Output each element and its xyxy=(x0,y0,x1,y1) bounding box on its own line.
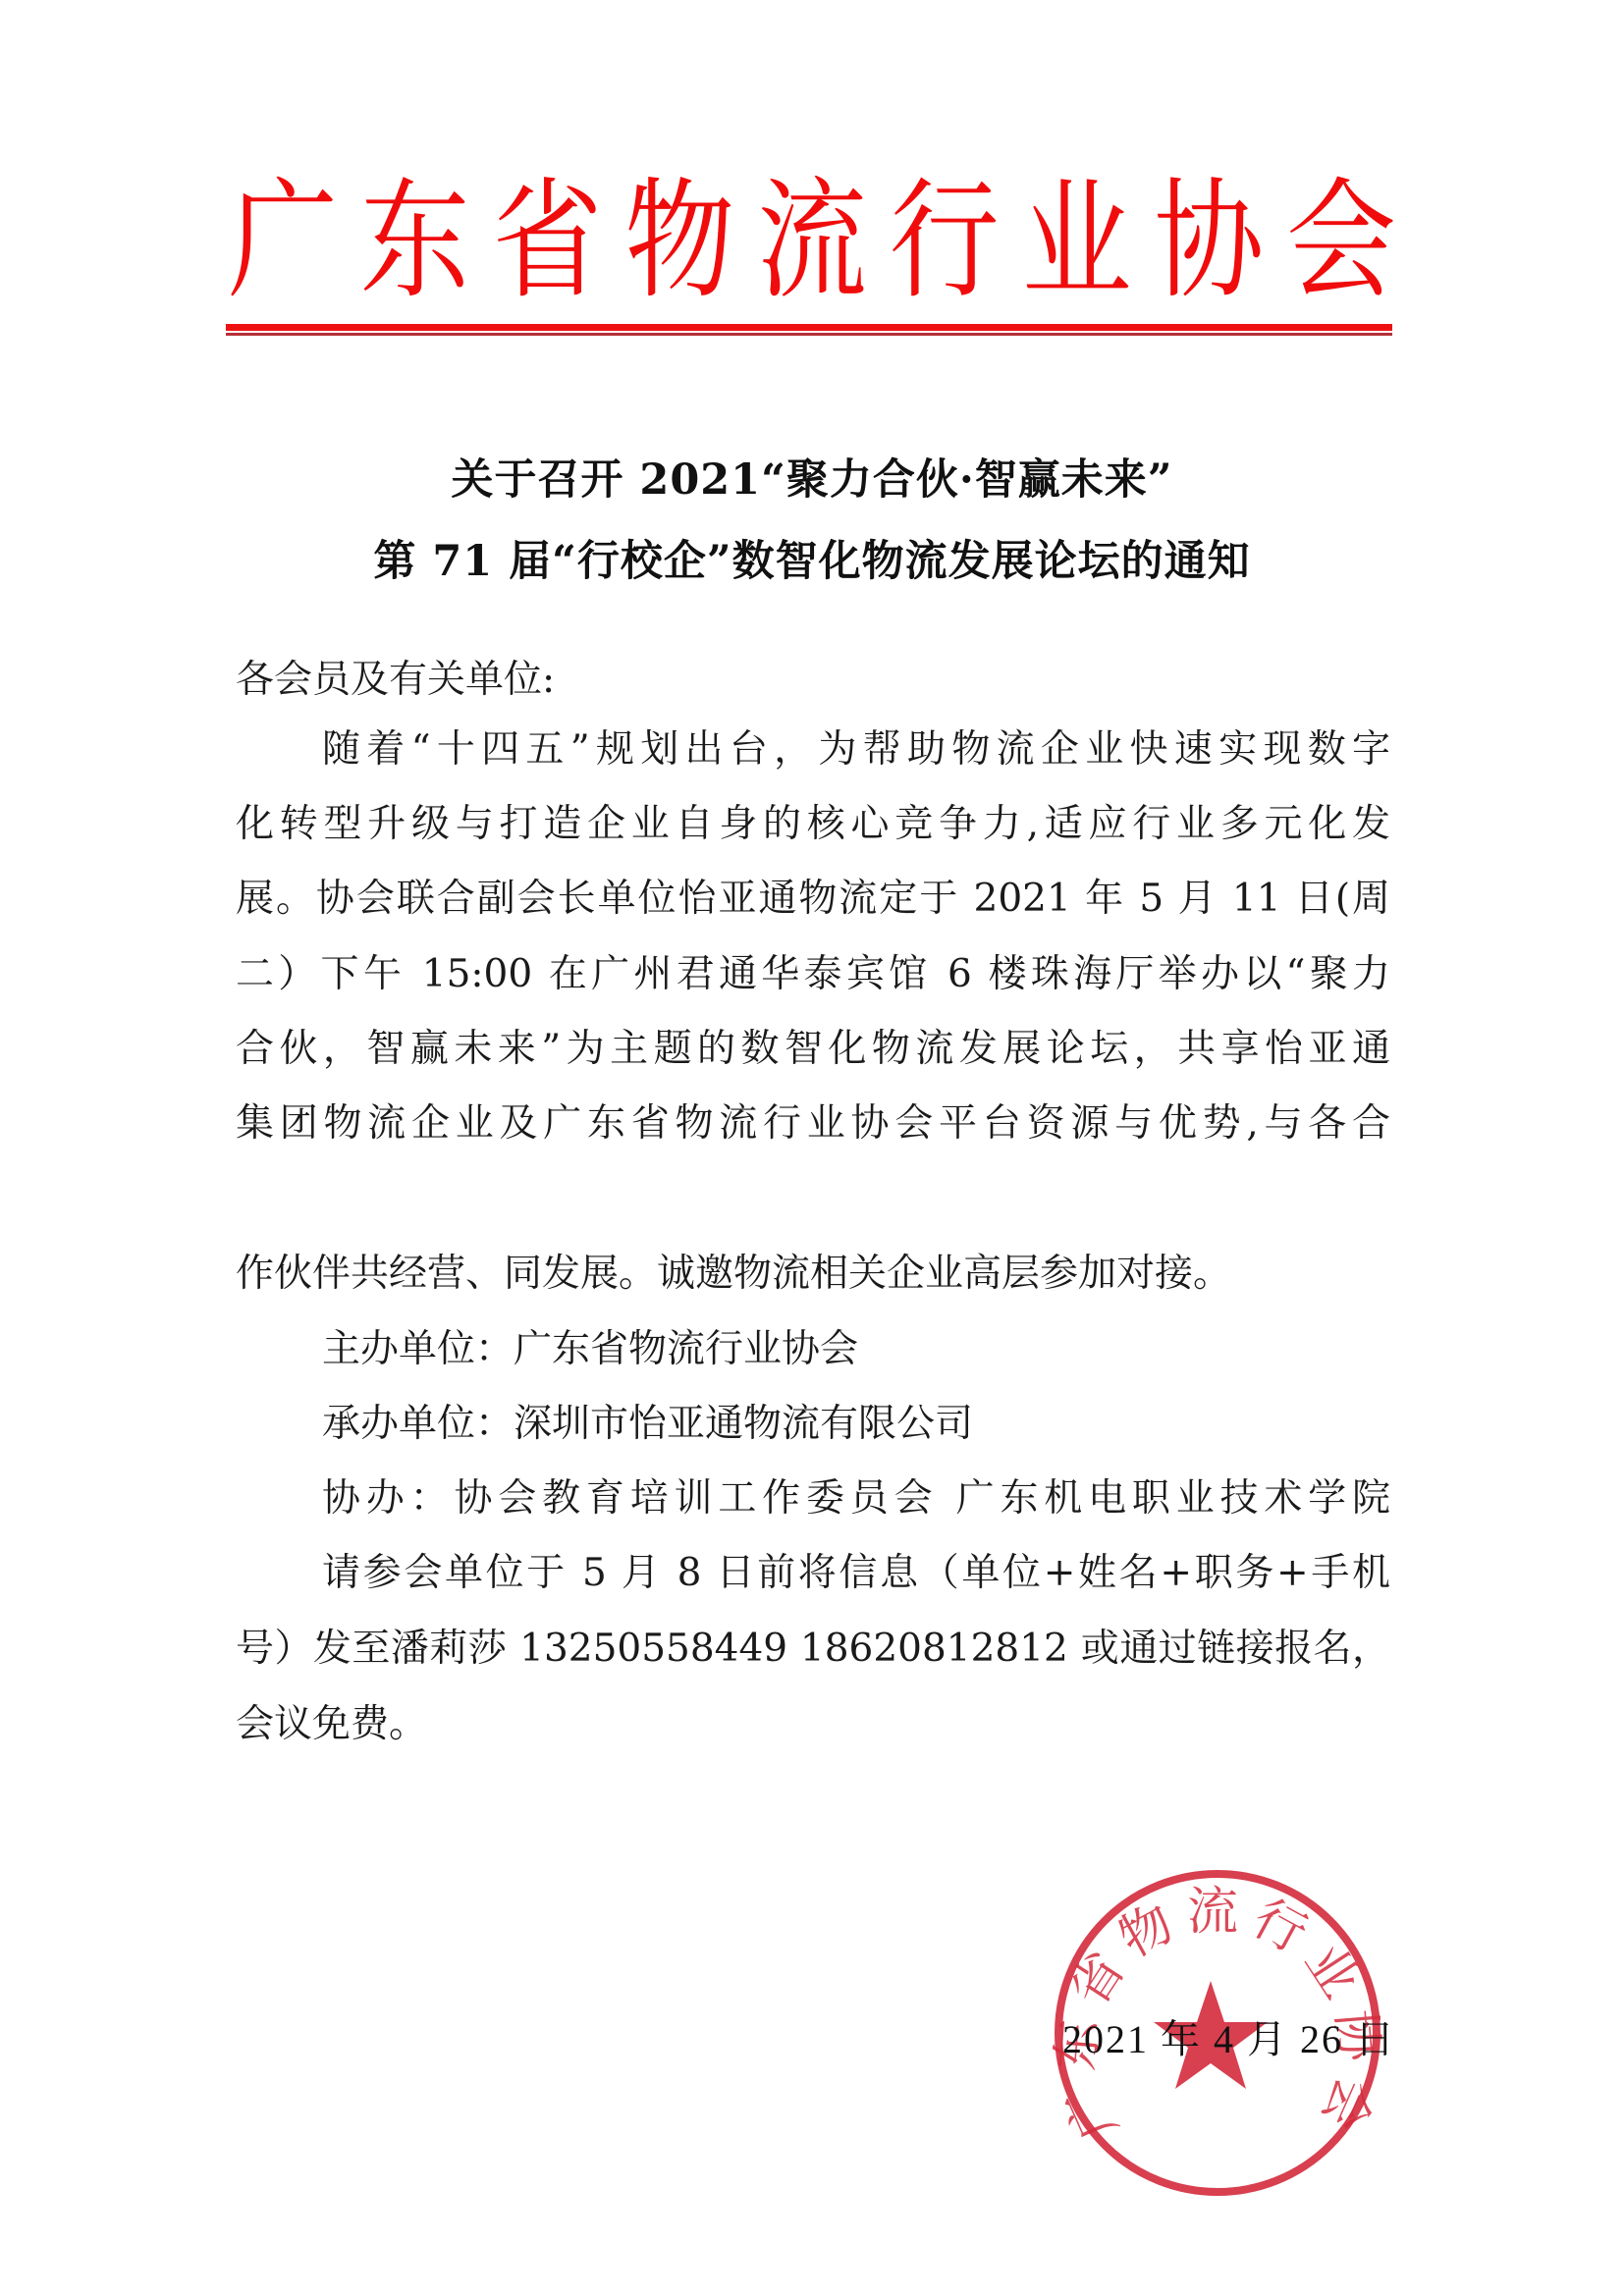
co-organizer-line: 承办单位：深圳市怡亚通物流有限公司 xyxy=(322,1400,1390,1449)
paragraph-line: 二）下午 15:00 在广州君通华泰宾馆 6 楼珠海厅举办以“聚力 xyxy=(236,950,1390,999)
letterhead-char: 东 xyxy=(360,163,470,320)
paragraph-line: 随着“十四五”规划出台，为帮助物流企业快速实现数字 xyxy=(322,725,1390,774)
letterhead-rule-thick xyxy=(226,324,1392,331)
letterhead-char: 协 xyxy=(1154,163,1264,320)
letterhead-rule-thin xyxy=(226,333,1392,336)
document-title-line-1: 关于召开 2021“聚力合伙·智赢未来” xyxy=(0,447,1624,507)
paragraph-line: 集团物流企业及广东省物流行业协会平台资源与优势,与各合 xyxy=(236,1099,1390,1148)
document-page: 广 东 省 物 流 行 业 协 会 关于召开 2021“聚力合伙·智赢未来” 第… xyxy=(0,0,1624,2296)
registration-line: 请参会单位于 5 月 8 日前将信息（单位+姓名+职务+手机 xyxy=(322,1549,1390,1598)
document-title-line-2: 第 71 届“行校企”数智化物流发展论坛的通知 xyxy=(0,528,1624,588)
letterhead-char: 流 xyxy=(757,163,867,320)
letterhead-char: 物 xyxy=(624,163,734,320)
registration-line: 会议免费。 xyxy=(236,1700,1390,1749)
letterhead-char: 行 xyxy=(890,163,1000,320)
registration-line: 号）发至潘莉莎 13250558449 18620812812 或通过链接报名， xyxy=(236,1625,1390,1674)
letterhead-char: 省 xyxy=(493,163,603,320)
assisting-organizer-line: 协办：协会教育培训工作委员会 广东机电职业技术学院 xyxy=(322,1474,1390,1523)
paragraph-line: 合伙，智赢未来”为主题的数智化物流发展论坛，共享怡亚通 xyxy=(236,1025,1390,1074)
letterhead-title: 广 东 省 物 流 行 业 协 会 xyxy=(228,175,1396,308)
document-date: 2021 年 4 月 26 日 xyxy=(1062,2015,1396,2064)
paragraph-line: 作伙伴共经营、同发展。诚邀物流相关企业高层参加对接。 xyxy=(236,1250,1390,1299)
paragraph-line: 化转型升级与打造企业自身的核心竞争力,适应行业多元化发 xyxy=(236,800,1390,849)
organizer-line: 主办单位：广东省物流行业协会 xyxy=(322,1325,1390,1374)
salutation: 各会员及有关单位: xyxy=(236,656,1390,705)
letterhead-char: 业 xyxy=(1022,163,1132,320)
paragraph-line: 展。协会联合副会长单位怡亚通物流定于 2021 年 5 月 11 日(周 xyxy=(236,875,1390,924)
letterhead-char: 广 xyxy=(228,163,338,320)
letterhead-char: 会 xyxy=(1286,163,1396,320)
